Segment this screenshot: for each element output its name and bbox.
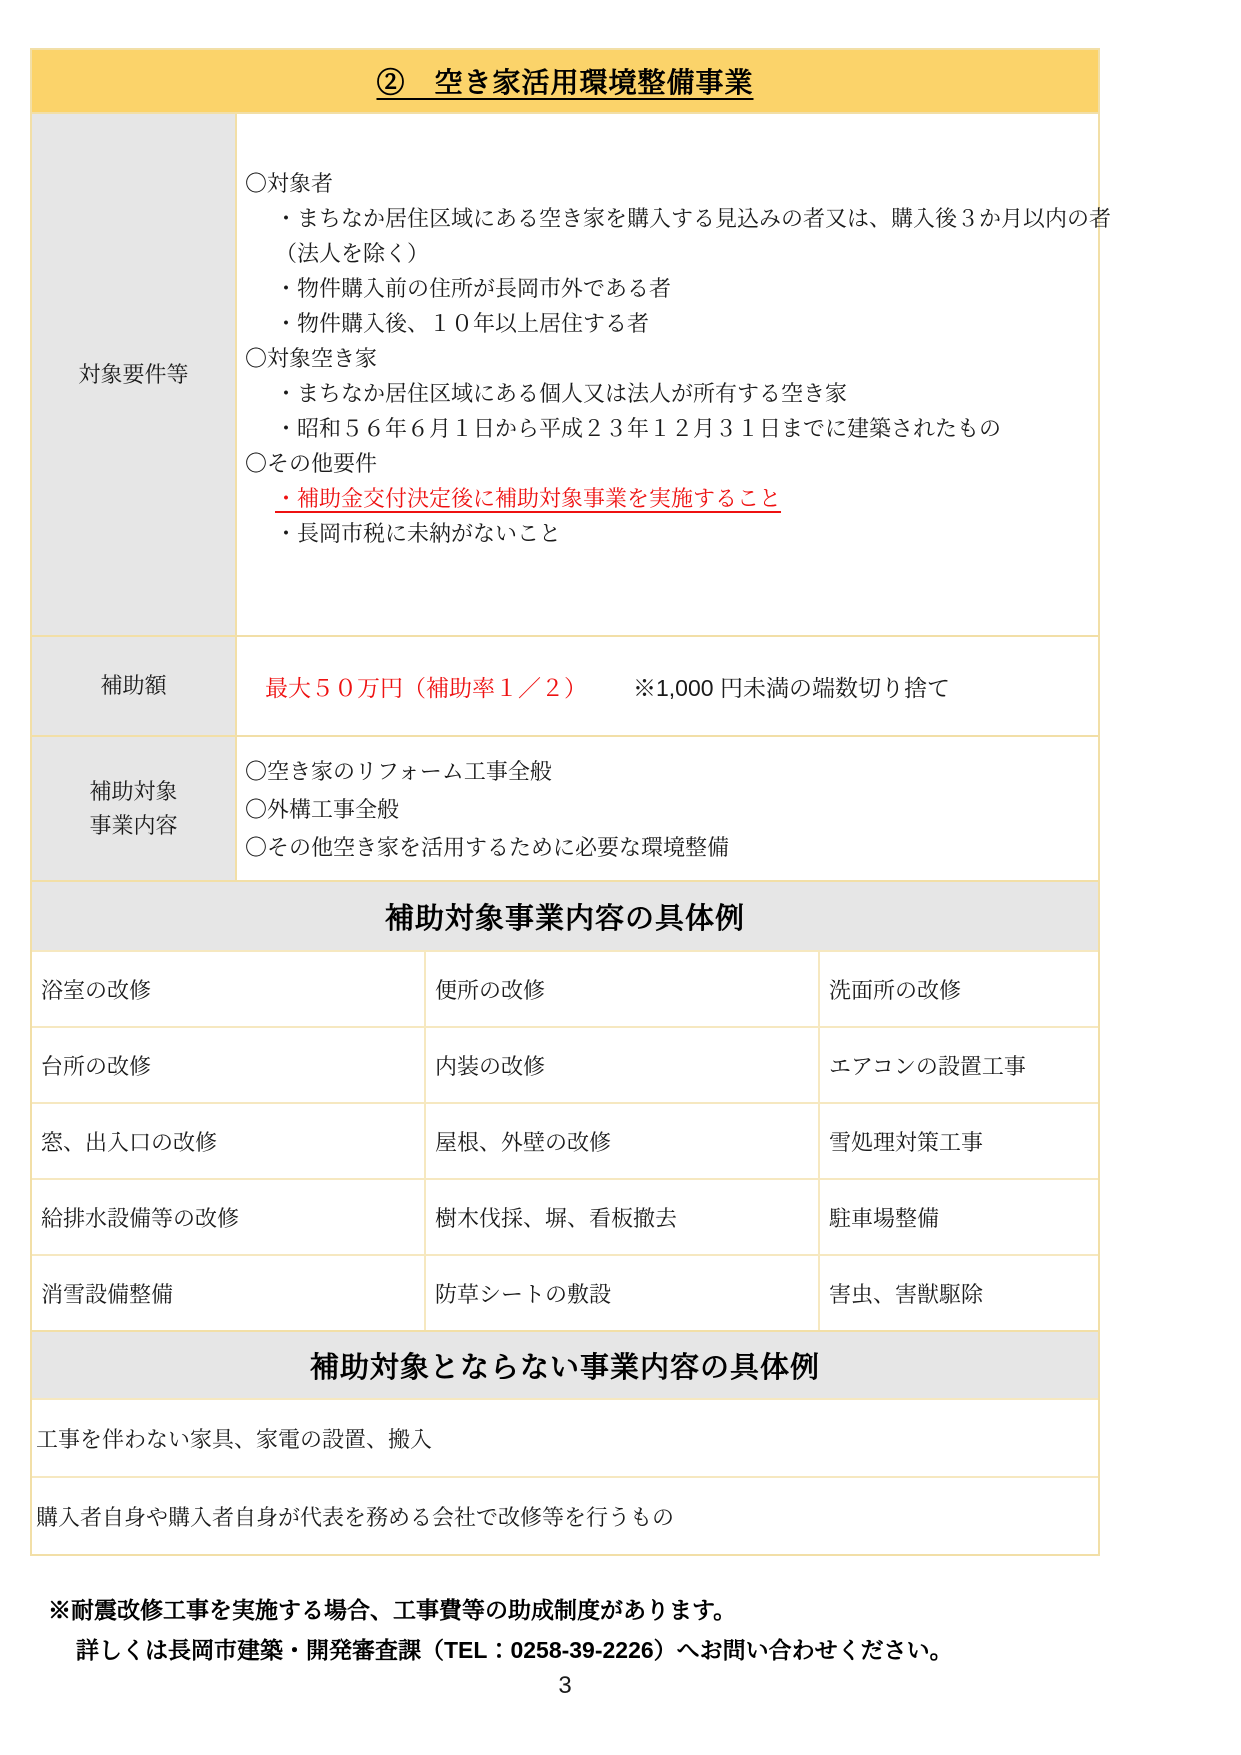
eligibility-line: ・まちなか居住区域にある空き家を購入する見込みの者又は、購入後３か月以内の者: [245, 201, 1111, 236]
example-table-row: 窓、出入口の改修 屋根、外壁の改修 雪処理対策工事: [32, 1102, 1098, 1178]
subsidy-amount-content: 最大５０万円（補助率１／２） ※1,000 円未満の端数切り捨て: [237, 637, 1098, 735]
example-cell: 台所の改修: [32, 1028, 426, 1102]
non-eligible-row: 工事を伴わない家具、家電の設置、搬入: [32, 1398, 1098, 1476]
eligibility-content: 〇対象者 ・まちなか居住区域にある空き家を購入する見込みの者又は、購入後３か月以…: [237, 114, 1121, 635]
document-page: ② 空き家活用環境整備事業 対象要件等 〇対象者 ・まちなか居住区域にある空き家…: [0, 0, 1241, 1755]
example-cell: 便所の改修: [426, 952, 820, 1026]
subsidy-target-label: 補助対象 事業内容: [32, 737, 237, 880]
eligibility-line: ・まちなか居住区域にある個人又は法人が所有する空き家: [245, 376, 1111, 411]
eligibility-line: 〇対象空き家: [245, 341, 1111, 376]
eligibility-line-highlighted: ・補助金交付決定後に補助対象事業を実施すること: [245, 481, 1111, 516]
example-table-row: 浴室の改修 便所の改修 洗面所の改修: [32, 950, 1098, 1026]
page-number: 3: [30, 1672, 1100, 1700]
example-cell: 駐車場整備: [820, 1180, 1098, 1254]
example-cell: 内装の改修: [426, 1028, 820, 1102]
subsidy-target-content: 〇空き家のリフォーム工事全般 〇外構工事全般 〇その他空き家を活用するために必要…: [237, 737, 1098, 880]
subsidy-target-label-line2: 事業内容: [89, 809, 177, 843]
example-cell: 防草シートの敷設: [426, 1256, 820, 1330]
example-table-row: 消雪設備整備 防草シートの敷設 害虫、害獣駆除: [32, 1254, 1098, 1330]
subsidy-target-item: 〇その他空き家を活用するために必要な環境整備: [245, 829, 1088, 867]
example-cell: 消雪設備整備: [32, 1256, 426, 1330]
subsidy-amount-note: ※1,000 円未満の端数切り捨て: [633, 670, 950, 703]
eligibility-label: 対象要件等: [32, 114, 237, 635]
eligibility-line: ・昭和５６年６月１日から平成２３年１２月３１日までに建築されたもの: [245, 411, 1111, 446]
example-cell: 浴室の改修: [32, 952, 426, 1026]
eligibility-line: ・長岡市税に未納がないこと: [245, 516, 1111, 551]
section-header-eligible-examples: 補助対象事業内容の具体例: [32, 880, 1098, 950]
example-cell: 屋根、外壁の改修: [426, 1104, 820, 1178]
example-cell: 害虫、害獣駆除: [820, 1256, 1098, 1330]
example-cell: 窓、出入口の改修: [32, 1104, 426, 1178]
example-table-row: 給排水設備等の改修 樹木伐採、塀、看板撤去 駐車場整備: [32, 1178, 1098, 1254]
footer-note-contact: 詳しくは長岡市建築・開発審査課（TEL：0258-39-2226）へお問い合わせ…: [30, 1630, 1130, 1670]
eligibility-line: 〇その他要件: [245, 446, 1111, 481]
eligibility-line: 〇対象者: [245, 166, 1111, 201]
non-eligible-row: 購入者自身や購入者自身が代表を務める会社で改修等を行うもの: [32, 1476, 1098, 1554]
table-row-subsidy-amount: 補助額 最大５０万円（補助率１／２） ※1,000 円未満の端数切り捨て: [32, 635, 1098, 735]
subsidy-target-item: 〇空き家のリフォーム工事全般: [245, 753, 1088, 791]
section-header-text: 補助対象事業内容の具体例: [385, 896, 745, 937]
example-cell: 給排水設備等の改修: [32, 1180, 426, 1254]
subsidy-table: ② 空き家活用環境整備事業 対象要件等 〇対象者 ・まちなか居住区域にある空き家…: [30, 48, 1100, 1556]
example-cell: エアコンの設置工事: [820, 1028, 1098, 1102]
eligibility-line: ・物件購入前の住所が長岡市外である者: [245, 271, 1111, 306]
title-bar: ② 空き家活用環境整備事業: [32, 50, 1098, 112]
subsidy-target-label-line1: 補助対象: [89, 775, 177, 809]
example-cell: 雪処理対策工事: [820, 1104, 1098, 1178]
subsidy-target-item: 〇外構工事全般: [245, 791, 1088, 829]
eligibility-line: ・物件購入後、１０年以上居住する者: [245, 306, 1111, 341]
footer-note-seismic: ※耐震改修工事を実施する場合、工事費等の助成制度があります。: [30, 1590, 1130, 1630]
example-cell: 洗面所の改修: [820, 952, 1098, 1026]
page-title: ② 空き家活用環境整備事業: [376, 61, 753, 101]
example-table-row: 台所の改修 内装の改修 エアコンの設置工事: [32, 1026, 1098, 1102]
table-row-eligibility: 対象要件等 〇対象者 ・まちなか居住区域にある空き家を購入する見込みの者又は、購…: [32, 112, 1098, 635]
footer-notes: ※耐震改修工事を実施する場合、工事費等の助成制度があります。 詳しくは長岡市建築…: [30, 1590, 1130, 1670]
section-header-non-eligible-examples: 補助対象とならない事業内容の具体例: [32, 1330, 1098, 1398]
example-cell: 樹木伐採、塀、看板撤去: [426, 1180, 820, 1254]
section-header-text: 補助対象とならない事業内容の具体例: [310, 1345, 820, 1386]
table-row-subsidy-target: 補助対象 事業内容 〇空き家のリフォーム工事全般 〇外構工事全般 〇その他空き家…: [32, 735, 1098, 880]
subsidy-amount-value: 最大５０万円（補助率１／２）: [265, 670, 587, 703]
eligibility-line: （法人を除く）: [245, 236, 1111, 271]
subsidy-amount-label: 補助額: [32, 637, 237, 735]
